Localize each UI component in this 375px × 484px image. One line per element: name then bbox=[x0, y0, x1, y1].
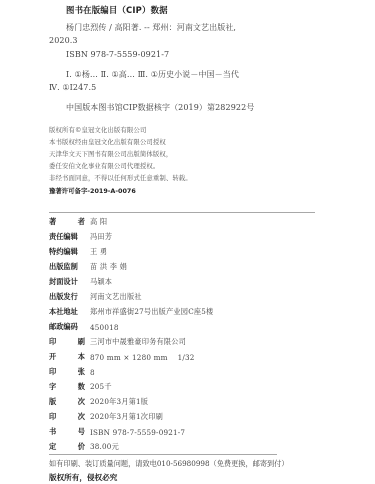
info-label: 特约编辑 bbox=[49, 247, 90, 257]
info-row-editor: 责任编辑 冯田芳 bbox=[49, 231, 112, 243]
cip-record-number: 中国版本图书馆CIP数据核字（2019）第282922号 bbox=[66, 102, 254, 113]
rights-line: 天津华文天下图书有限公司出版简体版权， bbox=[49, 149, 172, 158]
info-value: 高 阳 bbox=[90, 217, 107, 227]
info-label: 印张 bbox=[49, 367, 90, 377]
info-value: 450018 bbox=[90, 323, 119, 332]
info-row-sheets: 印张 8 bbox=[49, 366, 95, 378]
info-label: 印次 bbox=[49, 412, 90, 422]
info-value: 苗 洪 李 娟 bbox=[90, 262, 127, 272]
info-row-price: 定价 38.00元 bbox=[49, 441, 119, 453]
cip-classification-line-2: Ⅳ. ①I247.5 bbox=[49, 83, 96, 92]
info-row-printer: 印刷 三河市中晟雅豪印务有限公司 bbox=[49, 336, 186, 348]
info-label: 字数 bbox=[49, 382, 90, 392]
info-label: 邮政编码 bbox=[49, 322, 90, 332]
info-value: 205千 bbox=[90, 382, 112, 392]
divider-bottom bbox=[49, 454, 277, 455]
info-label: 本社地址 bbox=[49, 307, 90, 317]
all-rights-reserved: 版权所有，侵权必究 bbox=[49, 472, 117, 483]
info-value: ISBN 978-7-5559-0921-7 bbox=[90, 428, 185, 437]
info-value: 三河市中晟雅豪印务有限公司 bbox=[90, 337, 186, 347]
info-row-edition: 版次 2020年3月第1版 bbox=[49, 396, 148, 408]
cip-title-line: 杨门忠烈传 / 高阳著. -- 郑州：河南文艺出版社, bbox=[66, 22, 236, 33]
info-label: 定价 bbox=[49, 442, 90, 452]
info-value: 王 勇 bbox=[90, 247, 107, 257]
cip-heading: 图书在版编目（CIP）数据 bbox=[66, 4, 168, 16]
info-row-word-count: 字数 205千 bbox=[49, 381, 112, 393]
info-value: 马颖本 bbox=[90, 277, 112, 287]
info-row-special-editor: 特约编辑 王 勇 bbox=[49, 246, 107, 258]
info-value: 8 bbox=[90, 368, 95, 377]
info-value: 870 mm × 1280 mm 1/32 bbox=[90, 353, 195, 362]
rights-line: 委任安伯文化事业有限公司代理授权。 bbox=[49, 161, 159, 170]
info-label: 印刷 bbox=[49, 337, 90, 347]
info-label: 责任编辑 bbox=[49, 232, 90, 242]
rights-line: 非经书面同意，不得以任何形式任意重制、转载。 bbox=[49, 173, 192, 182]
info-value: 2020年3月第1版 bbox=[90, 397, 148, 407]
info-label: 著者 bbox=[49, 217, 90, 227]
rights-line: 版权所有©皇冠文化出版有限公司 bbox=[49, 125, 146, 134]
cip-isbn-line: ISBN 978-7-5559-0921-7 bbox=[66, 50, 169, 59]
info-label: 封面设计 bbox=[49, 277, 90, 287]
info-label: 开本 bbox=[49, 352, 90, 362]
info-label: 书号 bbox=[49, 427, 90, 437]
info-row-postcode: 邮政编码 450018 bbox=[49, 321, 119, 333]
info-label: 出版监制 bbox=[49, 262, 90, 272]
info-value: 河南文艺出版社 bbox=[90, 292, 142, 302]
info-label: 出版发行 bbox=[49, 292, 90, 302]
cip-date-line: 2020.3 bbox=[49, 36, 78, 45]
info-label: 版次 bbox=[49, 397, 90, 407]
rights-line: 本书版权经由皇冠文化出版有限公司授权 bbox=[49, 137, 166, 146]
cip-classification-line-1: Ⅰ. ①杨… Ⅱ. ①高… Ⅲ. ①历史小说－中国－当代 bbox=[66, 69, 239, 80]
info-value: 2020年3月第1次印刷 bbox=[90, 412, 163, 422]
license-number: 豫著许可备字-2019-A-0076 bbox=[49, 186, 136, 195]
info-value: 郑州市祥盛街27号出版产业园C座5楼 bbox=[90, 307, 213, 317]
info-row-address: 本社地址 郑州市祥盛街27号出版产业园C座5楼 bbox=[49, 306, 213, 318]
info-row-author: 著者 高 阳 bbox=[49, 216, 107, 228]
info-row-cover-design: 封面设计 马颖本 bbox=[49, 276, 112, 288]
info-row-isbn: 书号 ISBN 978-7-5559-0921-7 bbox=[49, 426, 185, 438]
info-value: 38.00元 bbox=[90, 442, 119, 452]
quality-notice: 如有印刷、装订质量问题，请致电010-56980998（免费更换，邮寄到付） bbox=[49, 459, 289, 469]
info-row-format: 开本 870 mm × 1280 mm 1/32 bbox=[49, 351, 195, 363]
divider-top bbox=[49, 212, 315, 213]
info-row-publisher: 出版发行 河南文艺出版社 bbox=[49, 291, 142, 303]
copyright-page: 图书在版编目（CIP）数据 杨门忠烈传 / 高阳著. -- 郑州：河南文艺出版社… bbox=[0, 0, 375, 484]
info-row-supervisor: 出版监制 苗 洪 李 娟 bbox=[49, 261, 127, 273]
info-row-printing: 印次 2020年3月第1次印刷 bbox=[49, 411, 163, 423]
info-value: 冯田芳 bbox=[90, 232, 112, 242]
